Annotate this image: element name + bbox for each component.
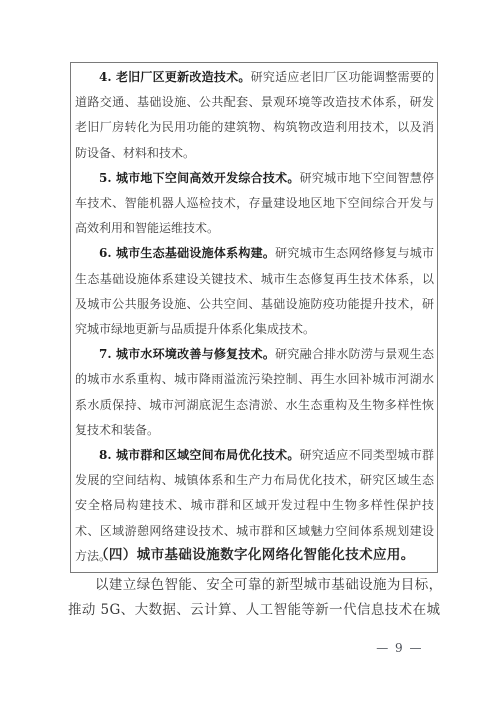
page-number: — 9 —	[376, 641, 423, 655]
tech-paragraph-5-lead: 5. 城市地下空间高效开发综合技术。	[99, 171, 300, 185]
tech-paragraph-8-lead: 8. 城市群和区域空间布局优化技术。	[99, 448, 300, 462]
tech-paragraph-4: 4. 老旧厂区更新改造技术。研究适应老旧厂区功能调整需要的道路交通、基础设施、公…	[75, 65, 434, 166]
tech-paragraph-6-lead: 6. 城市生态基础设施体系构建。	[99, 246, 275, 260]
document-page: 4. 老旧厂区更新改造技术。研究适应老旧厂区功能调整需要的道路交通、基础设施、公…	[0, 0, 500, 707]
tech-paragraph-5: 5. 城市地下空间高效开发综合技术。研究城市地下空间智慧停车技术、智能机器人巡检…	[75, 166, 434, 242]
section-heading: （四）城市基础设施数字化网络化智能化技术应用。	[68, 546, 448, 564]
tech-paragraph-4-lead: 4. 老旧厂区更新改造技术。	[99, 70, 251, 84]
tech-paragraph-7-lead: 7. 城市水环境改善与修复技术。	[99, 347, 275, 361]
tech-paragraph-7: 7. 城市水环境改善与修复技术。研究融合排水防涝与景观生态的城市水系重构、城市降…	[75, 342, 434, 443]
numbered-tech-list-box: 4. 老旧厂区更新改造技术。研究适应老旧厂区功能调整需要的道路交通、基础设施、公…	[70, 62, 438, 573]
section-body-line-1: 以建立绿色智能、安全可靠的新型城市基础设施为目标，	[68, 576, 448, 594]
section-body-line-2: 推动 5G、大数据、云计算、人工智能等新一代信息技术在城	[68, 601, 448, 619]
tech-paragraph-6: 6. 城市生态基础设施体系构建。研究城市生态网络修复与城市生态基础设施体系建设关…	[75, 241, 434, 342]
